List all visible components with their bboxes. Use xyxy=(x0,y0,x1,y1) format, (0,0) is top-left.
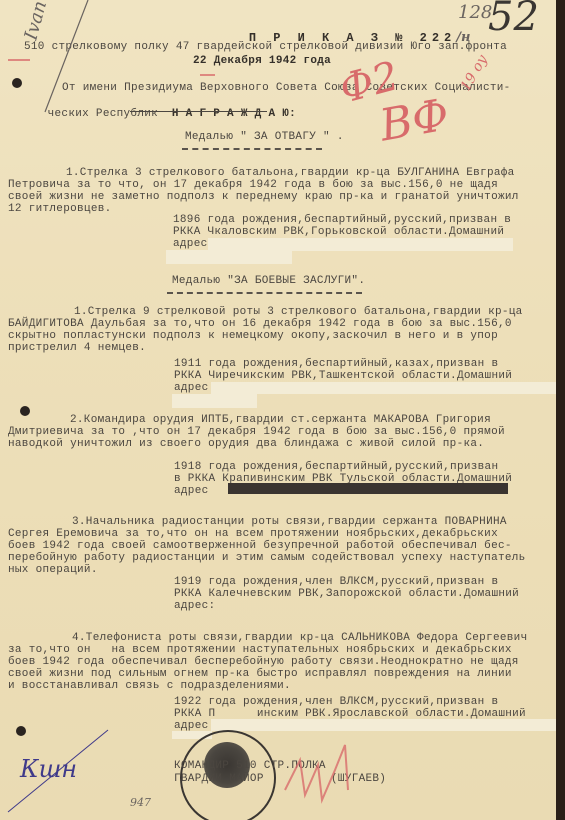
order-document-page: П Р И К А З № 222/н 510 стрелковому полк… xyxy=(0,0,556,820)
annotation-strokes xyxy=(0,0,556,820)
binder-hole xyxy=(16,726,26,736)
binder-hole xyxy=(12,78,22,88)
red-pencil-signature xyxy=(285,745,348,800)
pencil-diagonal-line xyxy=(45,0,88,112)
binder-hole xyxy=(20,406,30,416)
blue-ink-stroke xyxy=(8,730,108,812)
scan-edge xyxy=(556,0,565,820)
